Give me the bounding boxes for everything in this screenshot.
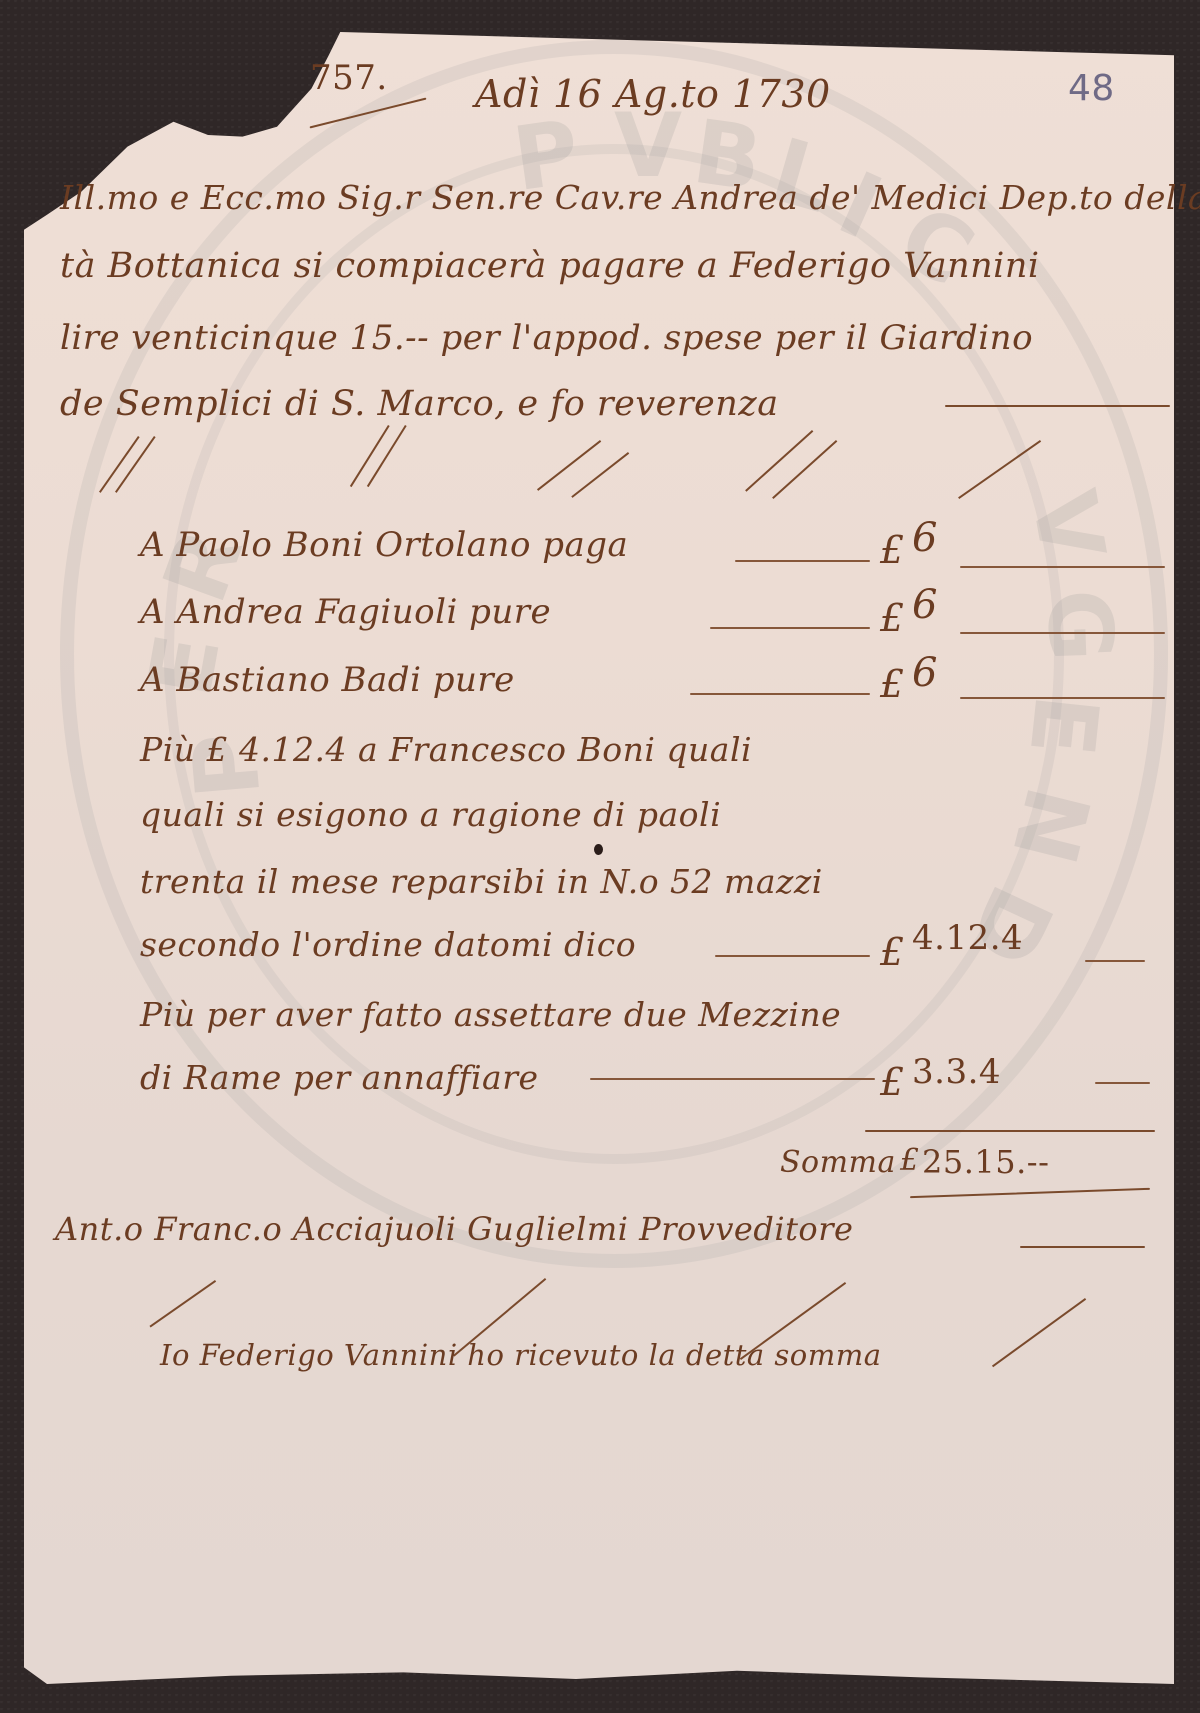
item-4-leader [715, 955, 870, 957]
folio-number: 48 [1068, 68, 1115, 109]
item-3-text: A Bastiano Badi pure [140, 660, 515, 700]
item-1-currency: £ [880, 528, 905, 572]
item-2-trailing-rule [960, 632, 1165, 634]
item-4-currency: £ [880, 930, 905, 974]
signature-provveditore: Ant.o Franc.o Acciajuoli Guglielmi Provv… [55, 1210, 853, 1248]
item-1-trailing-rule [960, 566, 1165, 568]
item-3-currency: £ [880, 662, 905, 706]
item-2-leader [710, 627, 870, 629]
item-1-leader [735, 560, 870, 562]
entry-number: 757. [310, 58, 388, 98]
body-line-3: lire venticinque 15.-- per l'appod. spes… [60, 318, 1033, 358]
item-2-text: A Andrea Fagiuoli pure [140, 592, 551, 632]
total-amount: 25.15.-- [922, 1143, 1049, 1181]
signature-rule [1020, 1246, 1145, 1248]
item-4-line-1: Più £ 4.12.4 a Francesco Boni quali [140, 730, 752, 769]
item-4-line-2: quali si esigono a ragione di paoli [140, 795, 721, 834]
item-4-line-3: trenta il mese reparsibi in N.o 52 mazzi [140, 862, 823, 901]
item-1-amount: 6 [912, 515, 938, 561]
item-2-currency: £ [880, 596, 905, 640]
item-5-line-2: di Rame per annaffiare [140, 1058, 539, 1097]
item-5-amount: 3.3.4 [912, 1052, 1001, 1092]
item-5-trailing-rule [1095, 1082, 1150, 1084]
item-3-trailing-rule [960, 697, 1165, 699]
item-2-amount: 6 [912, 582, 938, 628]
item-5-line-1: Più per aver fatto assettare due Mezzine [140, 995, 841, 1034]
body-line-1: Ill.mo e Ecc.mo Sig.r Sen.re Cav.re Andr… [60, 178, 1200, 217]
item-5-leader [590, 1078, 875, 1080]
item-4-amount: 4.12.4 [912, 918, 1023, 958]
item-3-leader [690, 693, 870, 695]
ink-blot [594, 844, 603, 855]
date-line: Adì 16 Ag.to 1730 [475, 72, 831, 116]
item-5-currency: £ [880, 1060, 905, 1104]
item-1-text: A Paolo Boni Ortolano paga [140, 525, 628, 565]
body-line-4: de Semplici di S. Marco, e fo reverenza [60, 384, 779, 424]
item-4-trailing-rule [1085, 960, 1145, 962]
total-currency: £ [900, 1143, 920, 1178]
body-line-2: tà Bottanica si compiacerà pagare a Fede… [60, 246, 1040, 286]
total-top-rule [865, 1130, 1155, 1132]
total-label: Somma [780, 1145, 896, 1180]
item-4-line-4: secondo l'ordine datomi dico [140, 925, 636, 964]
signature-receipt: Io Federigo Vannini ho ricevuto la detta… [160, 1338, 882, 1372]
body-end-rule [945, 405, 1170, 407]
item-3-amount: 6 [912, 650, 938, 696]
